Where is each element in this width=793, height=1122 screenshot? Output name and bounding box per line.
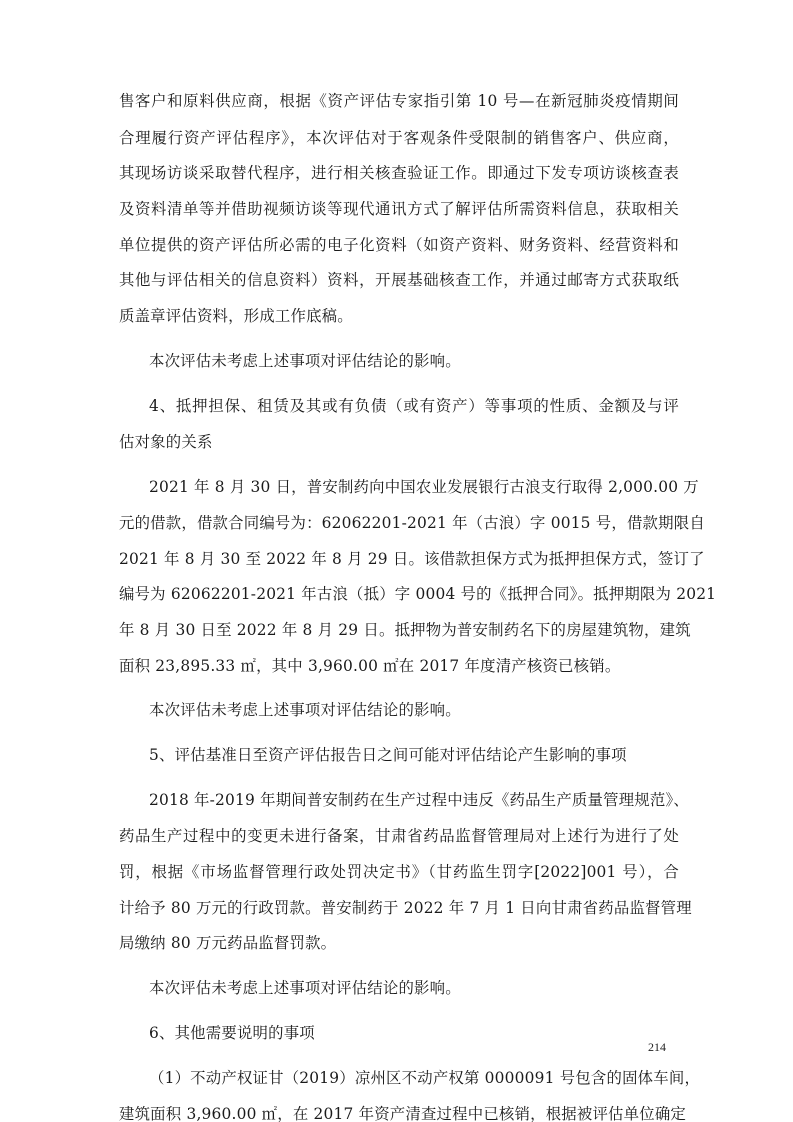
- paragraph-line: 其他与评估相关的信息资料）资料，开展基础核查工作，并通过邮寄方式获取纸: [119, 270, 679, 290]
- paragraph-line: 2021 年 8 月 30 至 2022 年 8 月 29 日。该借款担保方式为…: [119, 549, 679, 569]
- paragraph-line: （1）不动产权证甘（2019）凉州区不动产权第 0000091 号包含的固体车间…: [149, 1068, 679, 1088]
- paragraph-line: 其现场访谈采取替代程序，进行相关核查验证工作。即通过下发专项访谈核查表: [119, 163, 679, 183]
- conclusion-note: 本次评估未考虑上述事项对评估结论的影响。: [149, 351, 679, 371]
- paragraph-line: 质盖章评估资料，形成工作底稿。: [119, 306, 679, 326]
- paragraph-line: 罚，根据《市场监督管理行政处罚决定书》（甘药监生罚字[2022]001 号），合: [119, 862, 679, 882]
- conclusion-note: 本次评估未考虑上述事项对评估结论的影响。: [149, 978, 679, 998]
- section-heading-4-cont: 估对象的关系: [119, 432, 679, 452]
- paragraph-line: 2021 年 8 月 30 日，普安制药向中国农业发展银行古浪支行取得 2,00…: [149, 477, 679, 497]
- conclusion-note: 本次评估未考虑上述事项对评估结论的影响。: [149, 700, 679, 720]
- paragraph-line: 及资料清单等并借助视频访谈等现代通讯方式了解评估所需资料信息，获取相关: [119, 199, 679, 219]
- paragraph-line: 建筑面积 3,960.00 ㎡，在 2017 年资产清查过程中已核销，根据被评估…: [119, 1104, 679, 1122]
- paragraph-line: 药品生产过程中的变更未进行备案，甘肃省药品监督管理局对上述行为进行了处: [119, 826, 679, 846]
- section-heading-4: 4、抵押担保、租赁及其或有负债（或有资产）等事项的性质、金额及与评: [149, 396, 679, 416]
- paragraph-line: 单位提供的资产评估所必需的电子化资料（如资产资料、财务资料、经营资料和: [119, 235, 679, 255]
- paragraph-line: 合理履行资产评估程序》，本次评估对于客观条件受限制的销售客户、供应商，: [119, 128, 679, 148]
- paragraph-line: 元的借款，借款合同编号为：62062201-2021 年（古浪）字 0015 号…: [119, 513, 679, 533]
- paragraph-line: 2018 年-2019 年期间普安制药在生产过程中违反《药品生产质量管理规范》、: [149, 790, 679, 810]
- section-heading-6: 6、其他需要说明的事项: [149, 1023, 679, 1043]
- paragraph-line: 售客户和原料供应商，根据《资产评估专家指引第 10 号—在新冠肺炎疫情期间: [119, 91, 679, 111]
- section-heading-5: 5、评估基准日至资产评估报告日之间可能对评估结论产生影响的事项: [149, 745, 679, 765]
- paragraph-line: 局缴纳 80 万元药品监督罚款。: [119, 933, 679, 953]
- paragraph-line: 计给予 80 万元的行政罚款。普安制药于 2022 年 7 月 1 日向甘肃省药…: [119, 898, 679, 918]
- paragraph-line: 面积 23,895.33 ㎡，其中 3,960.00 ㎡在 2017 年度清产核…: [119, 656, 679, 676]
- paragraph-line: 编号为 62062201-2021 年古浪（抵）字 0004 号的《抵押合同》。…: [119, 584, 679, 604]
- paragraph-line: 年 8 月 30 日至 2022 年 8 月 29 日。抵押物为普安制药名下的房…: [119, 620, 679, 640]
- page-number: 214: [648, 1040, 666, 1055]
- document-page: 售客户和原料供应商，根据《资产评估专家指引第 10 号—在新冠肺炎疫情期间 合理…: [0, 0, 793, 1122]
